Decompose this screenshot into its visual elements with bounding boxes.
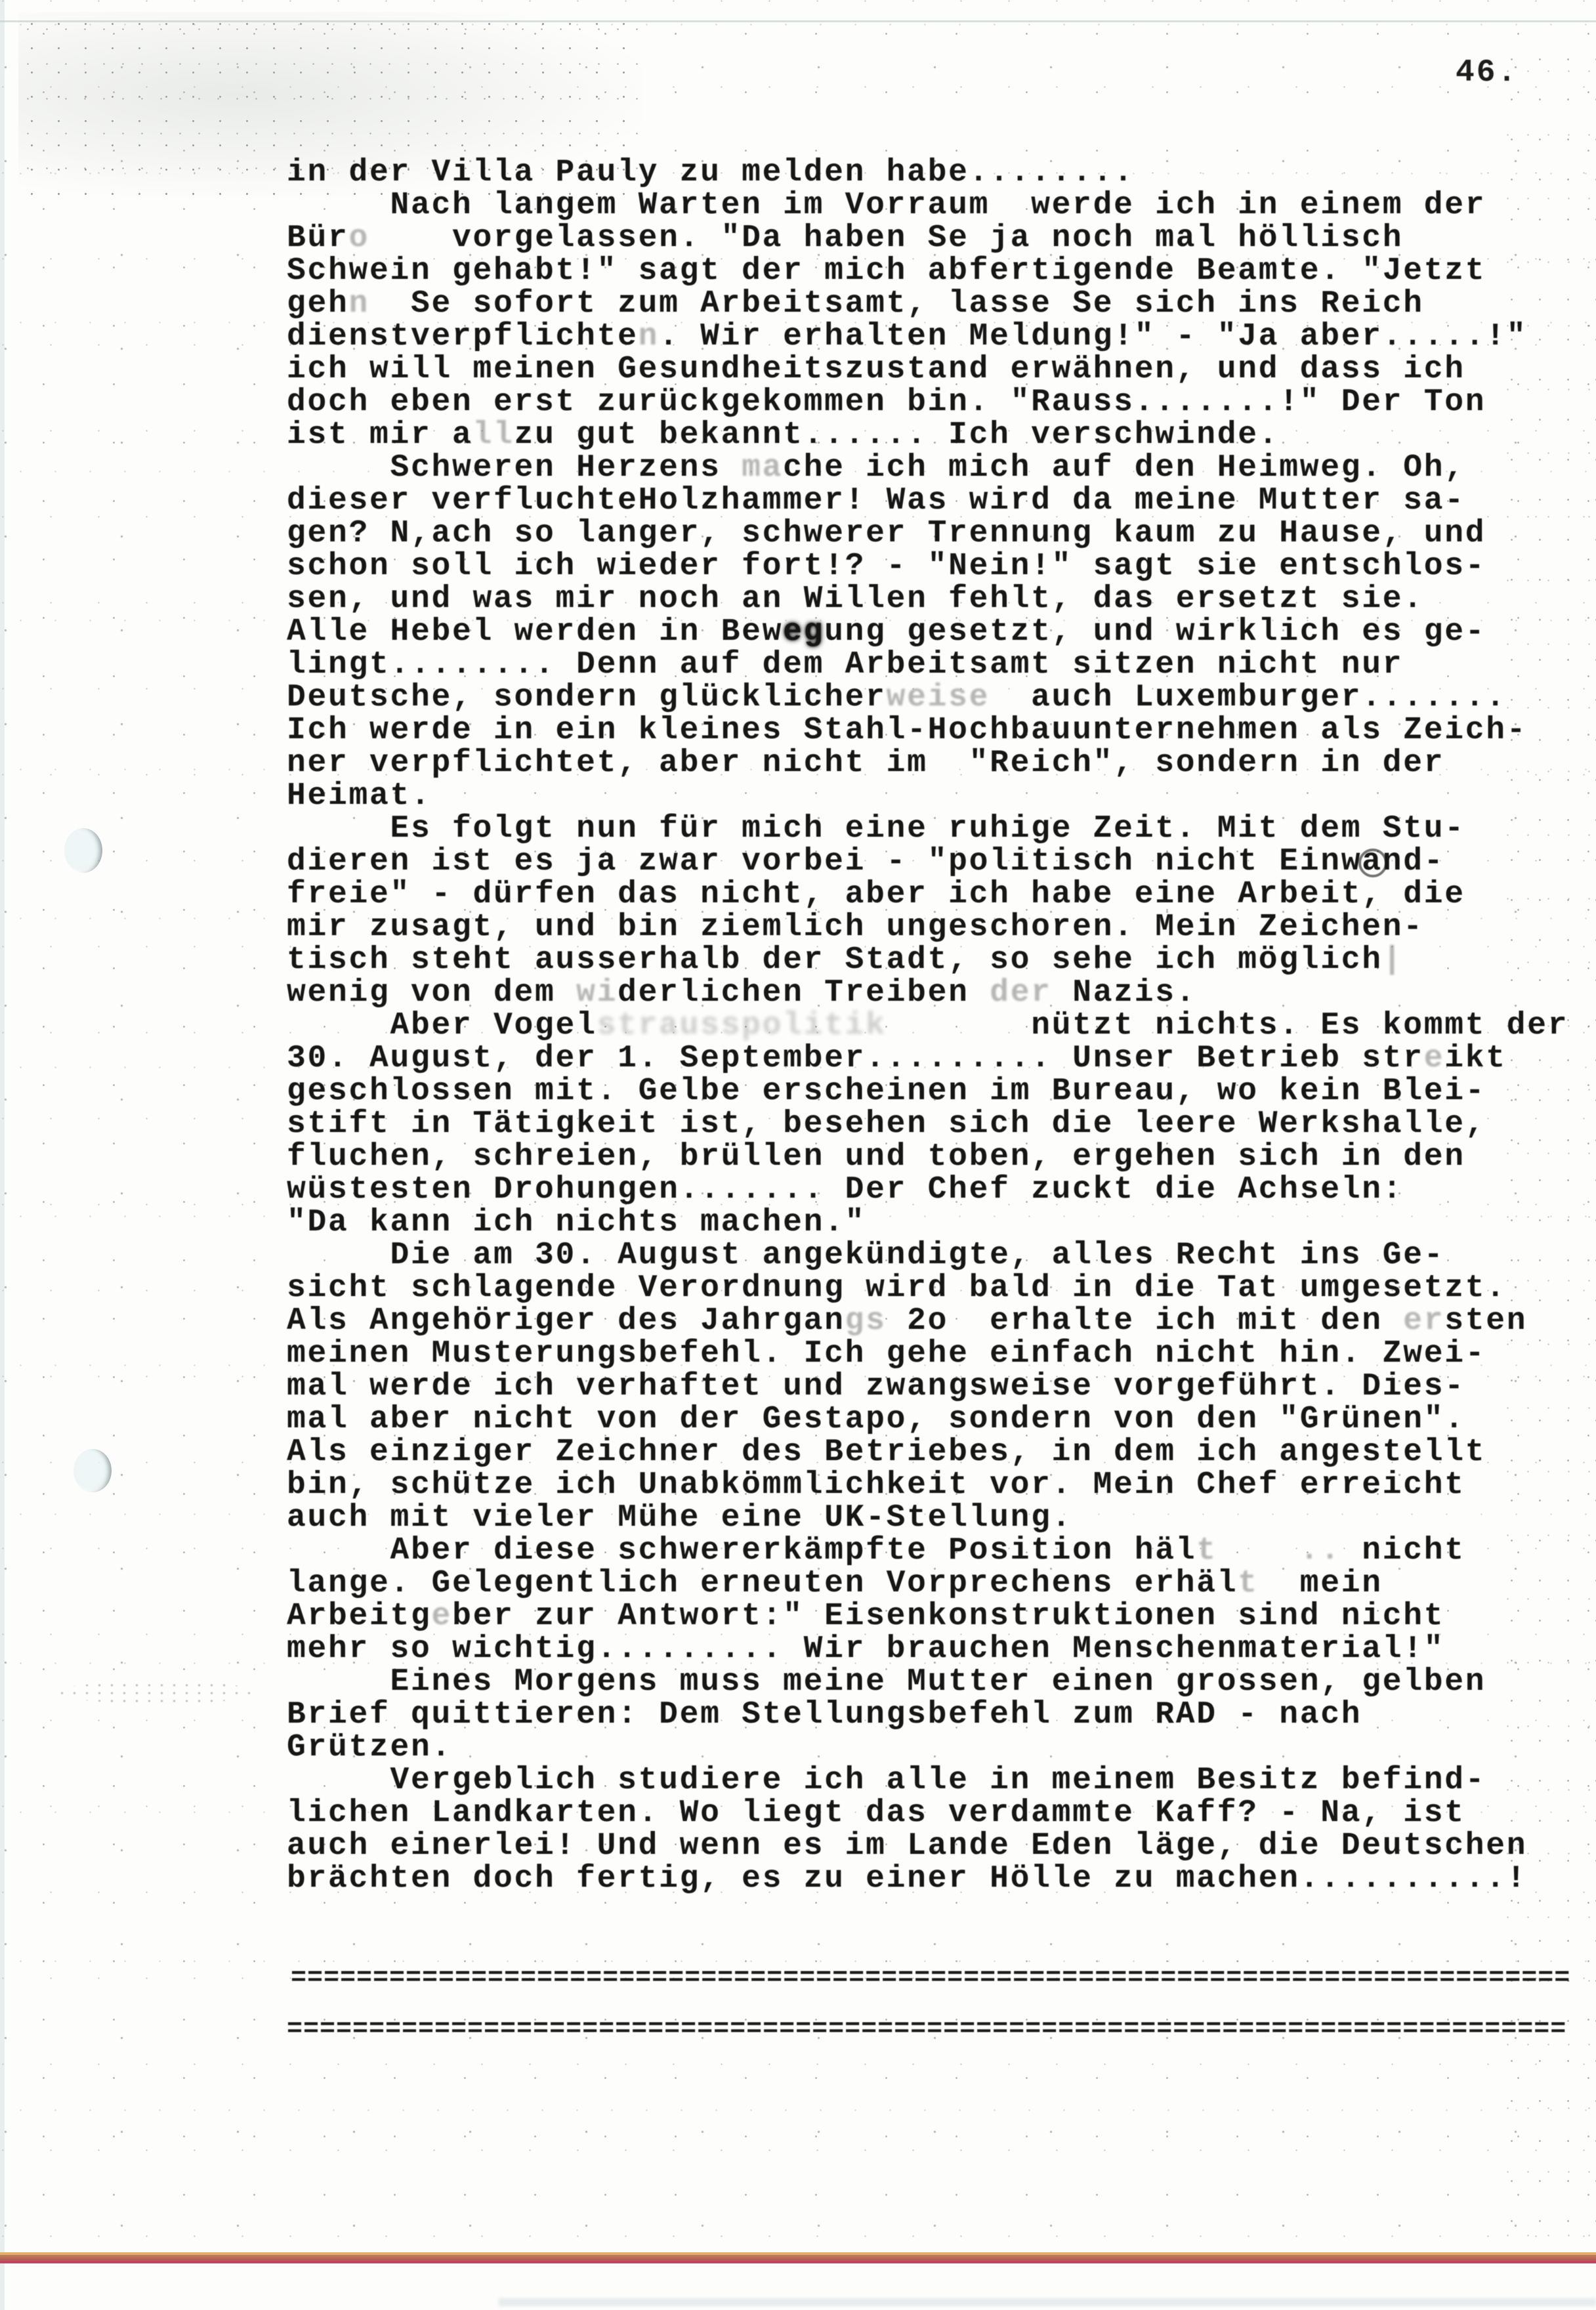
text-line: ist mir allzu gut bekannt...... Ich vers… [287, 419, 1568, 451]
text-segment-faint: wi [576, 975, 618, 1011]
top-scan-edge-line [0, 20, 1596, 22]
text-line: mal aber nicht von der Gestapo, sondern … [287, 1403, 1568, 1436]
text-segment-faint: ma [742, 450, 783, 486]
text-line: wüstesten Drohungen....... Der Chef zuck… [287, 1173, 1568, 1206]
text-line: Als einziger Zeichner des Betriebes, in … [287, 1436, 1568, 1469]
text-line: Es folgt nun für mich eine ruhige Zeit. … [287, 812, 1568, 845]
bottom-scan-tint [499, 2298, 1596, 2306]
separator-row-2: ========================================… [287, 2021, 1570, 2038]
text-line: dienstverpflichten. Wir erhalten Meldung… [287, 320, 1568, 353]
text-line: Schwein gehabt!" sagt der mich abfertige… [287, 255, 1568, 287]
text-line: Grützen. [287, 1731, 1568, 1764]
text-segment-faint: n [349, 286, 370, 322]
text-line: meinen Musterungsbefehl. Ich gehe einfac… [287, 1337, 1568, 1370]
text-segment-faint: der [990, 975, 1052, 1011]
text-segment-faint: n [639, 319, 660, 354]
text-segment-faint: ll [473, 417, 514, 453]
text-segment-faint: t [1196, 1533, 1217, 1568]
text-line: tisch steht ausserhalb der Stadt, so seh… [287, 944, 1568, 976]
text-segment-faint: e [1424, 1041, 1445, 1076]
text-line: mal werde ich verhaftet und zwangsweise … [287, 1370, 1568, 1403]
text-line: brächten doch fertig, es zu einer Hölle … [287, 1862, 1568, 1895]
text-line: geschlossen mit. Gelbe erscheinen im Bur… [287, 1075, 1568, 1108]
end-separator: ========================================… [291, 1936, 1570, 2072]
text-segment-erased: strausspolitik [597, 1008, 887, 1043]
text-line: Als Angehöriger des Jahrgangs 2o erhalte… [287, 1305, 1568, 1337]
text-line: dieser verfluchteHolzhammer! Was wird da… [287, 484, 1568, 517]
text-line: mir zusagt, und bin ziemlich ungeschoren… [287, 911, 1568, 944]
text-line: ner verpflichtet, aber nicht im "Reich",… [287, 747, 1568, 780]
text-line: wenig von dem widerlichen Treiben der Na… [287, 976, 1568, 1009]
text-line: gen? N,ach so langer, schwerer Trennung … [287, 517, 1568, 550]
text-line: dieren ist es ja zwar vorbei - "politisc… [287, 845, 1568, 878]
text-line: Aber Vogelstrausspolitik nützt nichts. E… [287, 1009, 1568, 1042]
text-line: in der Villa Pauly zu melden habe.......… [287, 156, 1568, 189]
text-line: ich will meinen Gesundheitszustand erwäh… [287, 353, 1568, 386]
text-segment-faint: weise [887, 680, 990, 715]
text-line: lange. Gelegentlich erneuten Vorprechens… [287, 1567, 1568, 1600]
text-line: stift in Tätigkeit ist, besehen sich die… [287, 1108, 1568, 1141]
text-line: doch eben erst zurückgekommen bin. "Raus… [287, 386, 1568, 419]
text-segment-smudge: eg [783, 614, 824, 650]
text-line: "Da kann ich nichts machen." [287, 1206, 1568, 1239]
text-line: Brief quittieren: Dem Stellungsbefehl zu… [287, 1698, 1568, 1731]
text-line: sicht schlagende Verordnung wird bald in… [287, 1272, 1568, 1305]
text-line: sen, und was mir noch an Willen fehlt, d… [287, 583, 1568, 616]
text-line: lingt........ Denn auf dem Arbeitsamt si… [287, 648, 1568, 681]
text-segment-faint: o [349, 220, 370, 256]
typewritten-text: in der Villa Pauly zu melden habe.......… [287, 156, 1568, 1895]
text-line: Arbeitgeber zur Antwort:" Eisenkonstrukt… [287, 1600, 1568, 1633]
text-line: Ich werde in ein kleines Stahl-Hochbauun… [287, 714, 1568, 747]
text-line: Büro vorgelassen. "Da haben Se ja noch m… [287, 222, 1568, 255]
left-scan-edge [0, 0, 5, 2310]
text-segment-faint: | [1383, 942, 1404, 978]
text-segment-faint: .. [1300, 1533, 1341, 1568]
text-segment-faint: er [1403, 1303, 1444, 1339]
page-number: 46. [1456, 55, 1518, 91]
text-line: auch einerlei! Und wenn es im Lande Eden… [287, 1830, 1568, 1862]
text-line: bin, schütze ich Unabkömmlichkeit vor. M… [287, 1469, 1568, 1501]
text-segment-faint: t [1238, 1566, 1259, 1601]
text-line: Aber diese schwererkämpfte Position hält… [287, 1534, 1568, 1567]
text-line: schon soll ich wieder fort!? - "Nein!" s… [287, 550, 1568, 583]
text-line: Deutsche, sondern glücklicherweise auch … [287, 681, 1568, 714]
text-line: lichen Landkarten. Wo liegt das verdammt… [287, 1797, 1568, 1830]
text-line: Heimat. [287, 780, 1568, 812]
separator-row-1: ========================================… [291, 1970, 1570, 1987]
scan-smudge-left-margin [56, 1681, 259, 1704]
text-line: auch mit vieler Mühe eine UK-Stellung. [287, 1501, 1568, 1534]
text-segment-overtype: a [1362, 845, 1383, 878]
punch-hole-bottom [73, 1449, 112, 1492]
text-line: Nach langem Warten im Vorraum werde ich … [287, 189, 1568, 222]
bottom-scan-edge-line [0, 2252, 1596, 2263]
text-line: Alle Hebel werden in Bewegung gesetzt, u… [287, 616, 1568, 648]
text-segment-faint: e [432, 1599, 453, 1634]
text-line: mehr so wichtig......... Wir brauchen Me… [287, 1633, 1568, 1666]
text-line: Eines Morgens muss meine Mutter einen gr… [287, 1666, 1568, 1698]
text-line: fluchen, schreien, brüllen und toben, er… [287, 1141, 1568, 1173]
text-line: freie" - dürfen das nicht, aber ich habe… [287, 878, 1568, 911]
scanned-document-page: 46. in der Villa Pauly zu melden habe...… [0, 0, 1596, 2310]
text-segment-faint: gs [845, 1303, 887, 1339]
text-line: gehn Se sofort zum Arbeitsamt, lasse Se … [287, 287, 1568, 320]
text-line: Schweren Herzens mache ich mich auf den … [287, 451, 1568, 484]
text-line: Die am 30. August angekündigte, alles Re… [287, 1239, 1568, 1272]
text-line: 30. August, der 1. September......... Un… [287, 1042, 1568, 1075]
punch-hole-top [64, 828, 102, 873]
text-line: Vergeblich studiere ich alle in meinem B… [287, 1764, 1568, 1797]
